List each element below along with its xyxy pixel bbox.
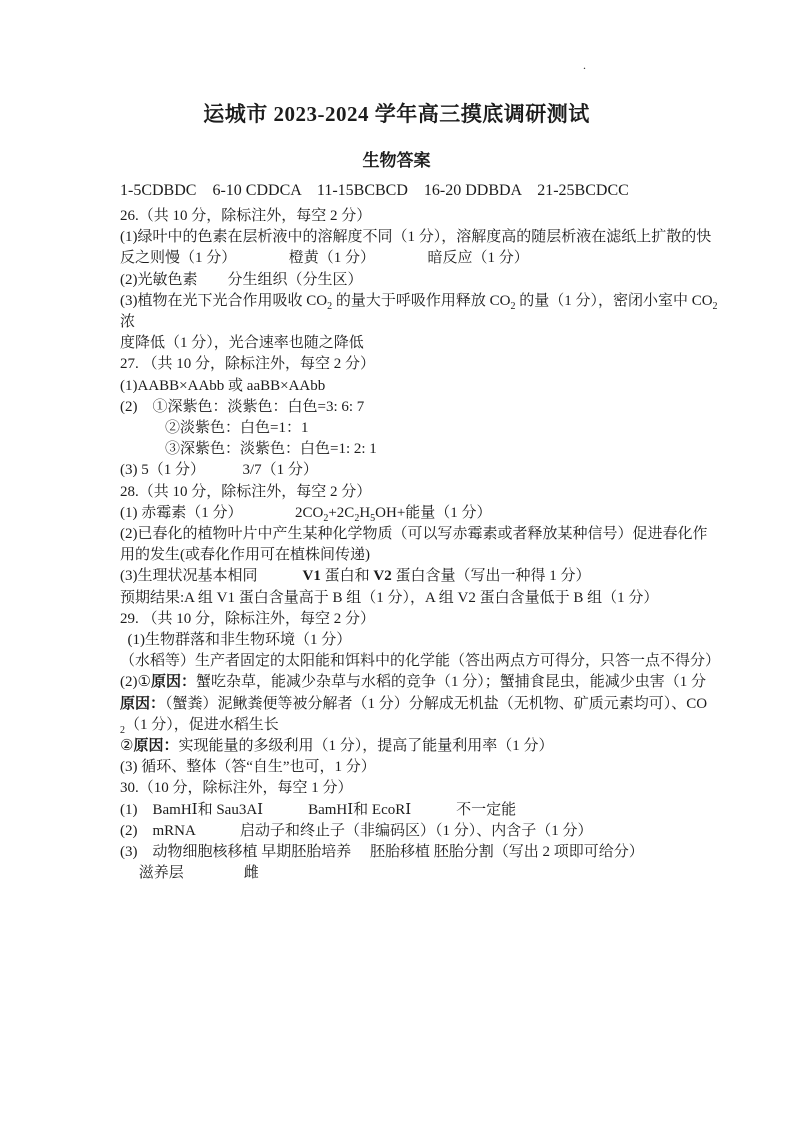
answer-text: (2) ①深紫色：淡紫色：白色=3: 6: 7 (120, 399, 364, 415)
answer-line: 滋养层 雌 (120, 863, 720, 884)
answer-line: 30.（10 分，除标注外，每空 1 分） (120, 778, 720, 799)
answer-line: 用的发生(或春化作用可在植株间传递) (120, 545, 720, 566)
answer-text: (1) 赤霉素（1 分） 2CO (120, 505, 323, 521)
answer-line: (2)①原因：蟹吃杂草，能减少杂草与水稻的竞争（1 分）；蟹捕食昆虫，能减少虫害… (120, 672, 720, 693)
answer-text: 蛋白和 (321, 568, 374, 584)
answer-line: 度降低（1 分），光合速率也随之降低 (120, 333, 720, 354)
answer-line: (3)生理状况基本相同 V1 蛋白和 V2 蛋白含量（写出一种得 1 分） (120, 566, 720, 587)
answer-text: (1)绿叶中的色素在层析液中的溶解度不同（1 分），溶解度高的随层析液在滤纸上扩… (120, 229, 711, 245)
answer-line: （水稻等）生产者固定的太阳能和饵料中的化学能（答出两点方可得分，只答一点不得分） (120, 651, 720, 672)
answer-text: 27. （共 10 分，除标注外，每空 2 分） (120, 356, 375, 372)
multiple-choice-answer-key: 1-5CDBDC 6-10 CDDCA 11-15BCBCD 16-20 DDB… (120, 182, 720, 200)
answer-text: (3) 循环、整体（答“自生”也可，1 分） (120, 759, 376, 775)
emphasis-text: 原因： (151, 674, 196, 690)
answer-line: 27. （共 10 分，除标注外，每空 2 分） (120, 354, 720, 375)
answer-text: 实现能量的多级利用（1 分），提高了能量利用率（1 分） (178, 738, 553, 754)
answer-line: (1) BamHⅠ和 Sau3AⅠ BamHⅠ和 EcoRⅠ 不一定能 (120, 800, 720, 821)
answer-text: (2)已春化的植物叶片中产生某种化学物质（可以写赤霉素或者释放某种信号）促进春化… (120, 526, 708, 542)
answer-text: ② (120, 738, 133, 754)
answer-text: 的量（1 分），密闭小室中 CO (515, 293, 712, 309)
answer-line: (3)植物在光下光合作用吸收 CO2 的量大于呼吸作用释放 CO2 的量（1 分… (120, 291, 720, 333)
answer-text: (2)① (120, 674, 151, 690)
answer-line: (1)生物群落和非生物环境（1 分） (120, 630, 720, 651)
answer-line: 反之则慢（1 分） 橙黄（1 分） 暗反应（1 分） (120, 248, 720, 269)
answer-text: (1)AABB×AAbb 或 aaBB×AAbb (120, 378, 325, 394)
answer-text: 26.（共 10 分，除标注外，每空 2 分） (120, 208, 371, 224)
emphasis-text: V2 (373, 568, 391, 584)
answer-line: 预期结果:A 组 V1 蛋白含量高于 B 组（1 分），A 组 V2 蛋白含量低… (120, 588, 720, 609)
answer-line: 28.（共 10 分，除标注外，每空 2 分） (120, 482, 720, 503)
answer-line: 2（1 分），促进水稻生长 (120, 715, 720, 736)
answer-text: （蟹粪）泥鳅粪便等被分解者（1 分）分解成无机盐（无机物、矿质元素均可）、CO (165, 696, 707, 712)
answer-text: ②淡紫色：白色=1：1 (120, 420, 308, 436)
document-title: 运城市 2023-2024 学年高三摸底调研测试 (0, 98, 793, 128)
answer-text: (3)生理状况基本相同 (120, 568, 303, 584)
answer-line: (2)光敏色素 分生组织（分生区） (120, 270, 720, 291)
answer-text: (1) BamHⅠ和 Sau3AⅠ BamHⅠ和 EcoRⅠ 不一定能 (120, 802, 516, 818)
answer-line: ②淡紫色：白色=1：1 (120, 418, 720, 439)
answer-text: ③深紫色：淡紫色：白色=1: 2: 1 (120, 441, 377, 457)
answer-text: +2C (328, 505, 354, 521)
answer-text: 蛋白含量（写出一种得 1 分） (392, 568, 591, 584)
answer-line: (1) 赤霉素（1 分） 2CO2+2C2H5OH+能量（1 分） (120, 503, 720, 524)
answer-text: (2) mRNA 启动子和终止子（非编码区）（1 分）、内含子（1 分） (120, 823, 593, 839)
answer-line: (2)已春化的植物叶片中产生某种化学物质（可以写赤霉素或者释放某种信号）促进春化… (120, 524, 720, 545)
answer-text: (1)生物群落和非生物环境（1 分） (120, 632, 351, 648)
answer-text: 用的发生(或春化作用可在植株间传递) (120, 547, 370, 563)
emphasis-text: 原因： (120, 696, 165, 712)
answer-text: （1 分），促进水稻生长 (125, 717, 279, 733)
answer-text: 30.（10 分，除标注外，每空 1 分） (120, 780, 353, 796)
answer-text: 的量大于呼吸作用释放 CO (332, 293, 510, 309)
answer-text: 度降低（1 分），光合速率也随之降低 (120, 335, 364, 351)
stray-ink-dot: . (583, 58, 586, 73)
answer-line: ②原因：实现能量的多级利用（1 分），提高了能量利用率（1 分） (120, 736, 720, 757)
answer-text: OH+能量（1 分） (375, 505, 491, 521)
emphasis-text: V1 (303, 568, 321, 584)
answer-text: 反之则慢（1 分） 橙黄（1 分） 暗反应（1 分） (120, 250, 529, 266)
answer-line: ③深紫色：淡紫色：白色=1: 2: 1 (120, 439, 720, 460)
document-page: . 运城市 2023-2024 学年高三摸底调研测试 生物答案 1-5CDBDC… (0, 0, 793, 1122)
answer-line: (1)绿叶中的色素在层析液中的溶解度不同（1 分），溶解度高的随层析液在滤纸上扩… (120, 227, 720, 248)
answer-text: 29. （共 10 分，除标注外，每空 2 分） (120, 611, 375, 627)
answer-line: (3) 5（1 分） 3/7（1 分） (120, 460, 720, 481)
answer-text: 蟹吃杂草，能减少杂草与水稻的竞争（1 分）；蟹捕食昆虫，能减少虫害（1 分 (196, 674, 706, 690)
answer-text: 滋养层 雌 (120, 865, 259, 881)
answer-text: (3)植物在光下光合作用吸收 CO (120, 293, 327, 309)
answer-line: 29. （共 10 分，除标注外，每空 2 分） (120, 609, 720, 630)
document-subtitle: 生物答案 (0, 146, 793, 171)
answer-line: (2) ①深紫色：淡紫色：白色=3: 6: 7 (120, 397, 720, 418)
answer-line: (2) mRNA 启动子和终止子（非编码区）（1 分）、内含子（1 分） (120, 821, 720, 842)
answer-line: (3) 动物细胞核移植 早期胚胎培养 胚胎移植 胚胎分割（写出 2 项即可给分） (120, 842, 720, 863)
answer-line: (1)AABB×AAbb 或 aaBB×AAbb (120, 376, 720, 397)
answer-lines-container: 26.（共 10 分，除标注外，每空 2 分）(1)绿叶中的色素在层析液中的溶解… (120, 206, 720, 885)
answer-text: (3) 5（1 分） 3/7（1 分） (120, 462, 318, 478)
answer-text: （水稻等）生产者固定的太阳能和饵料中的化学能（答出两点方可得分，只答一点不得分） (120, 653, 720, 669)
answer-text: 预期结果:A 组 V1 蛋白含量高于 B 组（1 分），A 组 V2 蛋白含量低… (120, 590, 658, 606)
answer-text: 28.（共 10 分，除标注外，每空 2 分） (120, 484, 371, 500)
emphasis-text: 原因： (133, 738, 178, 754)
answer-text: (2)光敏色素 分生组织（分生区） (120, 272, 363, 288)
answer-line: 原因：（蟹粪）泥鳅粪便等被分解者（1 分）分解成无机盐（无机物、矿质元素均可）、… (120, 694, 720, 715)
answer-line: (3) 循环、整体（答“自生”也可，1 分） (120, 757, 720, 778)
answer-text: (3) 动物细胞核移植 早期胚胎培养 胚胎移植 胚胎分割（写出 2 项即可给分） (120, 844, 644, 860)
answer-line: 26.（共 10 分，除标注外，每空 2 分） (120, 206, 720, 227)
answer-text: H (359, 505, 370, 521)
